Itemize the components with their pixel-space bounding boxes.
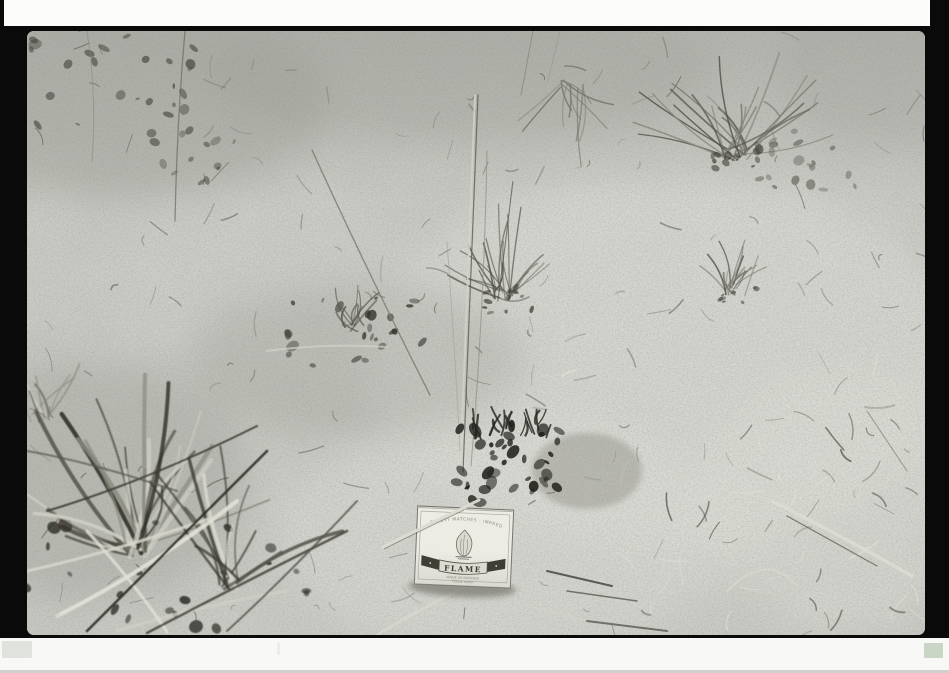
matchbox: SAFETY MATCHES · IMPREGNATED [408,502,520,600]
photograph: SAFETY MATCHES · IMPREGNATED [27,31,925,635]
mount-scratch-mark [277,642,280,655]
mount-border-top [4,0,930,26]
mount-tab-left [2,641,32,658]
mount-border-bottom [0,638,949,673]
photo-image: SAFETY MATCHES · IMPREGNATED [27,31,925,635]
mount-tab-right [924,643,943,658]
matchbox-brand-label: FLAME [444,564,482,575]
